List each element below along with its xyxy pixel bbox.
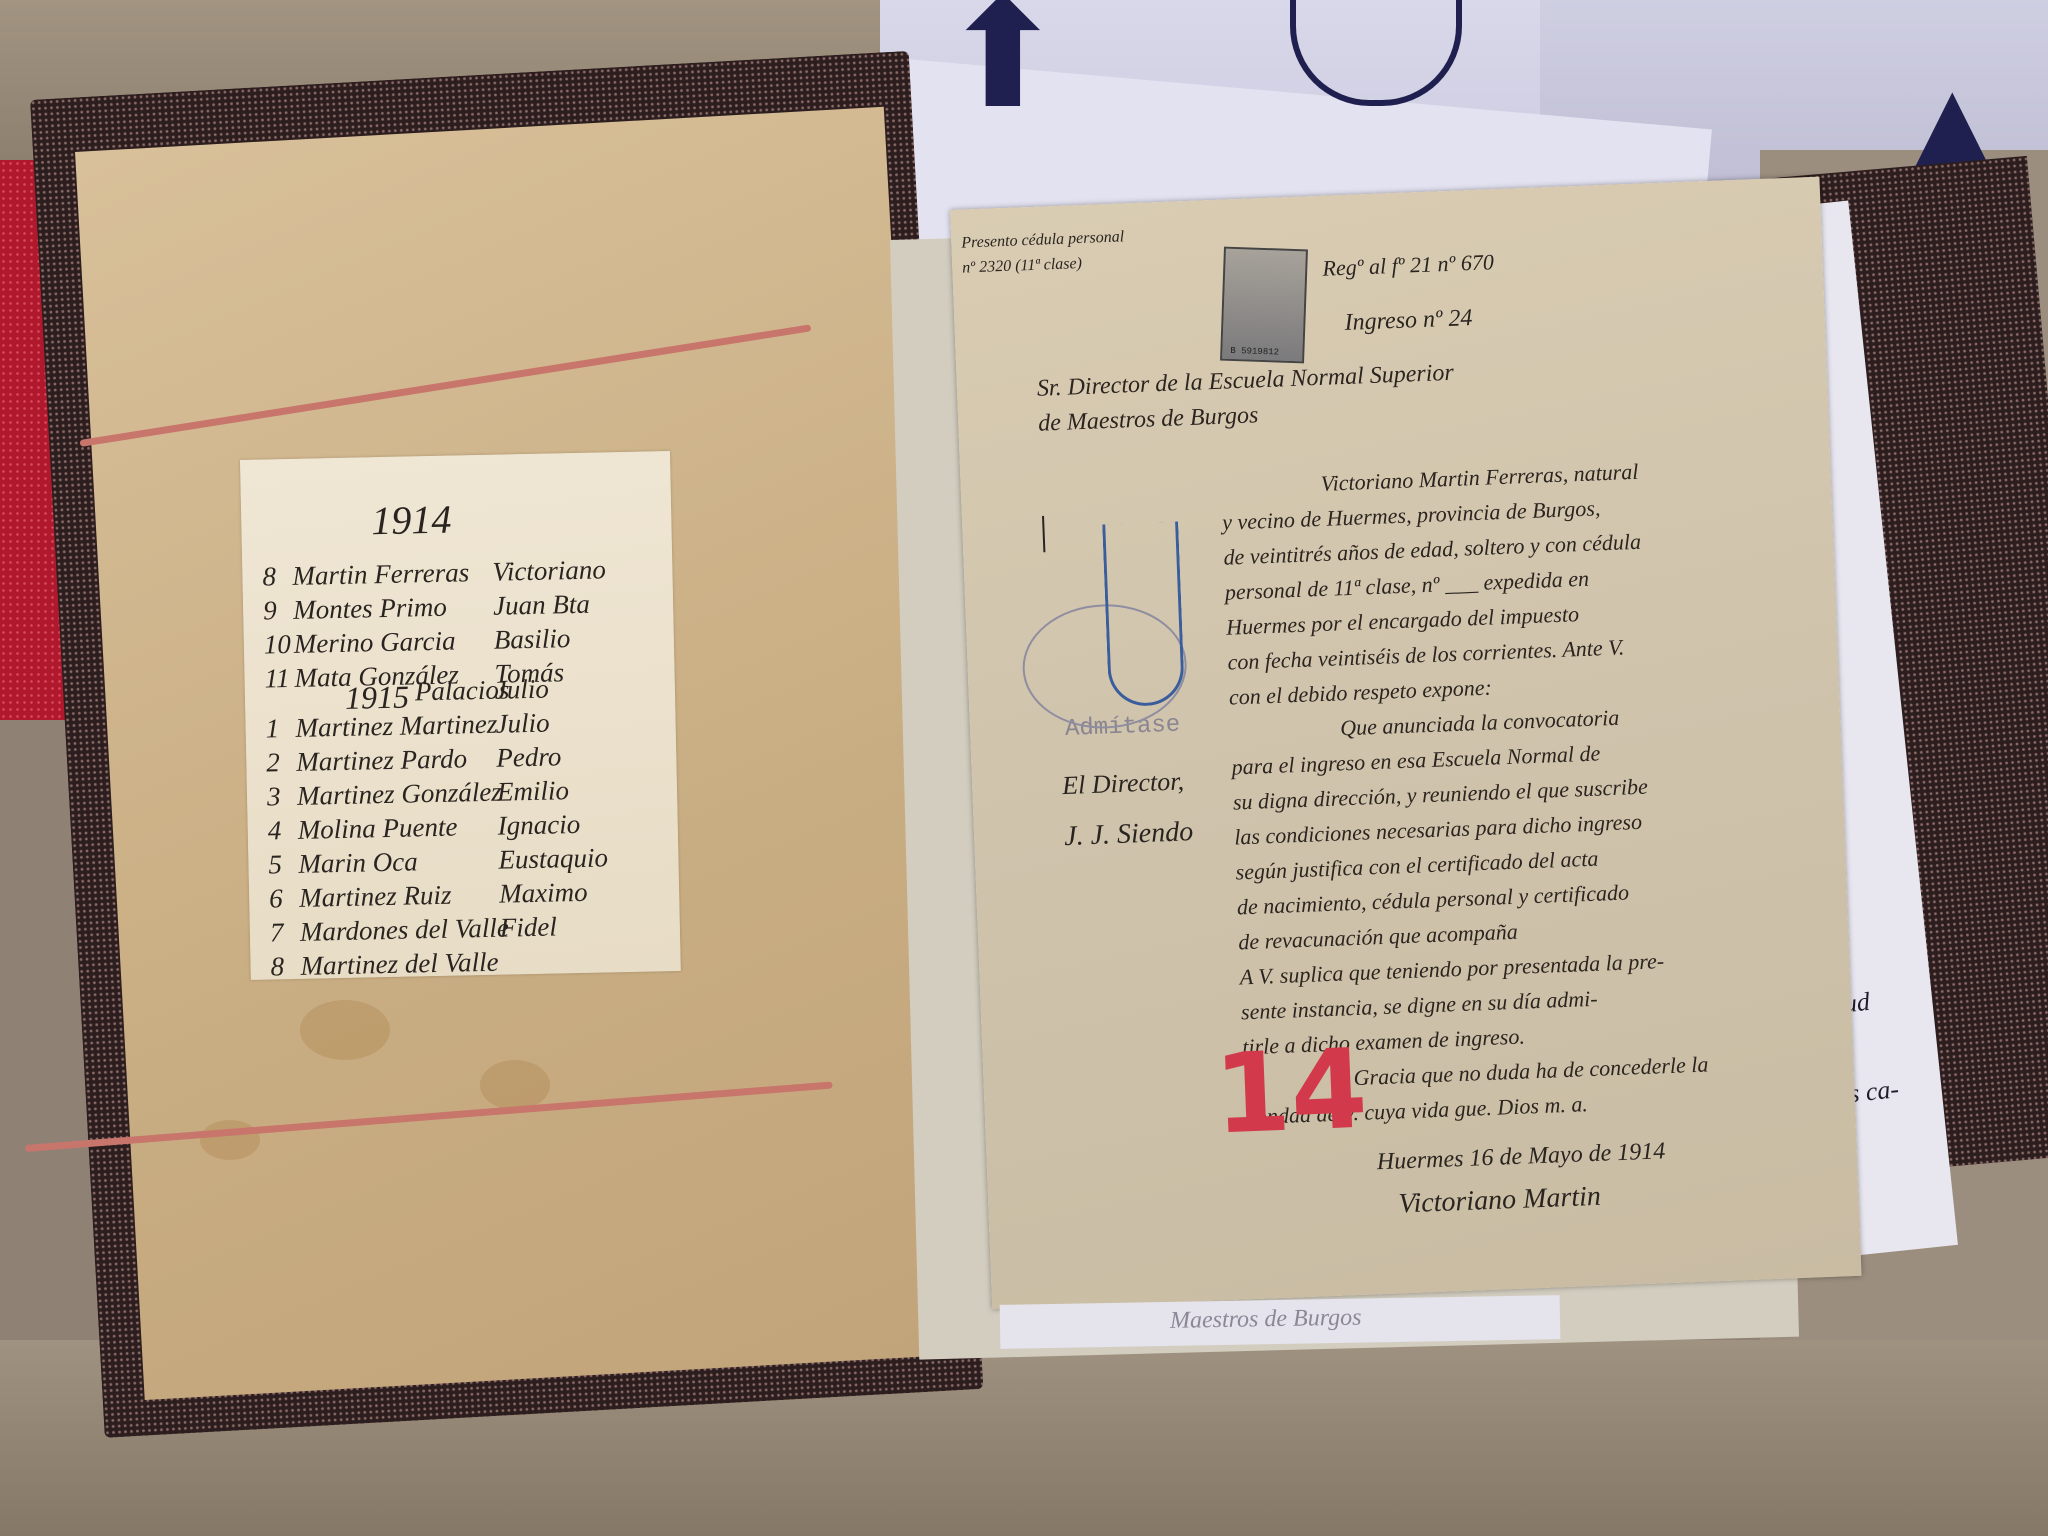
year-heading-1914: 1914 <box>371 496 452 545</box>
application-letter: Presento cédula personal nº 2320 (11ª cl… <box>950 177 1862 1310</box>
student-list-label: 1914 8Martin FerrerasVictoriano 9Montes … <box>240 451 681 980</box>
margin-tick: | <box>1036 506 1049 553</box>
stamp-serial: B 5919812 <box>1230 346 1279 358</box>
bottom-strip-text: Maestros de Burgos <box>1170 1305 1362 1335</box>
up-arrow-icon: ⬆ <box>940 0 1066 130</box>
header-ingreso-number: Ingreso nº 24 <box>1344 305 1473 337</box>
stain <box>480 1060 550 1110</box>
stain <box>300 1000 390 1060</box>
blue-pencil-mark <box>1102 521 1185 707</box>
address-line: de Maestros de Burgos <box>1038 398 1259 441</box>
director-signature: J. J. Siendo <box>1064 816 1194 853</box>
header-register: Regº al fº 21 nº 670 <box>1322 249 1494 282</box>
applicant-signature: Victoriano Martin <box>1398 1181 1602 1221</box>
student-group-1915: PalaciosJulio 1Martinez MartinezJulio 2M… <box>265 669 661 983</box>
revenue-stamp-icon: B 5919812 <box>1220 247 1308 364</box>
red-pencil-number: 14 <box>1212 1025 1370 1159</box>
director-label: El Director, <box>1062 766 1185 801</box>
header-cedula: Presento cédula personal <box>961 228 1125 252</box>
date-line: Huermes 16 de Mayo de 1914 <box>1376 1138 1665 1176</box>
stain <box>200 1120 260 1160</box>
header-cedula-number: nº 2320 (11ª clase) <box>962 255 1082 278</box>
